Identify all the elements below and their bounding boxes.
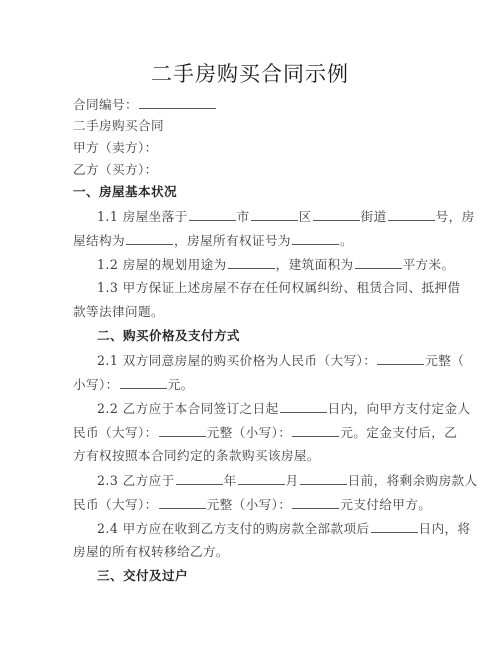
section-3-heading: 三、交付及过户 [97,568,188,584]
blank-deposit-days [280,400,327,413]
blank-year [176,472,223,485]
clause-2-2-line-1: 2.2 乙方应于本合同签订之日起日内，向甲方支付定金人 [97,400,471,417]
text: 元整（小写）： [207,425,292,440]
blank-transfer-days [371,520,418,533]
text: 屋结构为 [73,233,125,248]
blank-price-figures [120,376,167,389]
clause-2-1-line-2: 小写）：元。 [73,376,194,393]
contract-number-line: 合同编号： [73,96,217,113]
text: ，房屋所有权证号为 [174,233,291,248]
text: 日内，向甲方支付定金人 [328,401,471,416]
text: 元整（ [425,353,464,368]
text: 2.1 双方同意房屋的购买价格为人民币（大写）： [97,353,376,368]
blank-deposit-figures [292,424,339,437]
text: 市 [237,209,250,224]
blank-city [189,208,236,221]
section-2-heading: 二、购买价格及支付方式 [97,328,240,344]
blank-certificate [292,232,339,245]
party-a-label: 甲方（卖方）： [73,140,158,156]
text: 号，房 [436,209,475,224]
blank-price-words [377,352,424,365]
text: 2.4 甲方应在收到乙方支付的购房款全部款项后 [97,521,370,536]
text: 2.3 乙方应于 [97,473,175,488]
clause-1-2: 1.2 房屋的规划用途为，建筑面积为平方米。 [97,256,455,273]
blank-area [355,256,402,269]
blank-district [251,208,298,221]
contract-subtitle: 二手房购买合同 [73,118,164,134]
text: 年 [224,473,237,488]
blank-usage [228,256,275,269]
text: 区 [299,209,312,224]
blank-structure [126,232,173,245]
clause-1-1-line-2: 屋结构为，房屋所有权证号为。 [73,232,353,249]
text: 平方米。 [403,257,455,272]
section-1-heading: 一、房屋基本状况 [73,184,177,200]
blank-number [388,208,435,221]
text: 街道 [361,209,387,224]
blank-day [300,472,347,485]
clause-2-3-line-2: 民币（大写）：元整（小写）：元支付给甲方。 [73,496,431,513]
text: 民币（大写）： [73,425,158,440]
blank-balance-figures [292,496,339,509]
clause-2-4-line-2: 房屋的所有权转移给乙方。 [73,544,229,560]
contract-number-blank [139,96,216,109]
contract-number-label: 合同编号： [73,97,138,112]
clause-1-3-line-2: 款等法律问题。 [73,304,164,320]
clause-2-2-line-3: 方有权按照本合同约定的条款购买该房屋。 [73,448,320,464]
text: 元支付给甲方。 [340,497,431,512]
blank-balance-words [159,496,206,509]
text: ，建筑面积为 [276,257,354,272]
clause-2-1-line-1: 2.1 双方同意房屋的购买价格为人民币（大写）：元整（ [97,352,464,369]
text: 元。 [168,377,194,392]
text: 。 [340,233,353,248]
text: 1.1 房屋坐落于 [97,209,188,224]
text: 月 [286,473,299,488]
clause-2-2-line-2: 民币（大写）：元整（小写）：元。定金支付后，乙 [73,424,457,441]
clause-2-4-line-1: 2.4 甲方应在收到乙方支付的购房款全部款项后日内，将 [97,520,471,537]
blank-month [238,472,285,485]
text: 日前，将剩余购房款人 [348,473,478,488]
blank-deposit-words [159,424,206,437]
text: 1.2 房屋的规划用途为 [97,257,227,272]
text: 小写）： [73,377,119,392]
text: 民币（大写）： [73,497,158,512]
text: 日内，将 [419,521,471,536]
text: 2.2 乙方应于本合同签订之日起 [97,401,279,416]
clause-2-3-line-1: 2.3 乙方应于年月日前，将剩余购房款人 [97,472,478,489]
text: 元。定金支付后，乙 [340,425,457,440]
clause-1-1-line-1: 1.1 房屋坐落于市区街道号，房 [97,208,475,225]
document-title: 二手房购买合同示例 [0,58,500,88]
text: 元整（小写）： [207,497,292,512]
party-b-label: 乙方（买方）： [73,162,158,178]
clause-1-3-line-1: 1.3 甲方保证上述房屋不存在任何权属纠纷、租赁合同、抵押借 [97,280,460,296]
blank-street [313,208,360,221]
